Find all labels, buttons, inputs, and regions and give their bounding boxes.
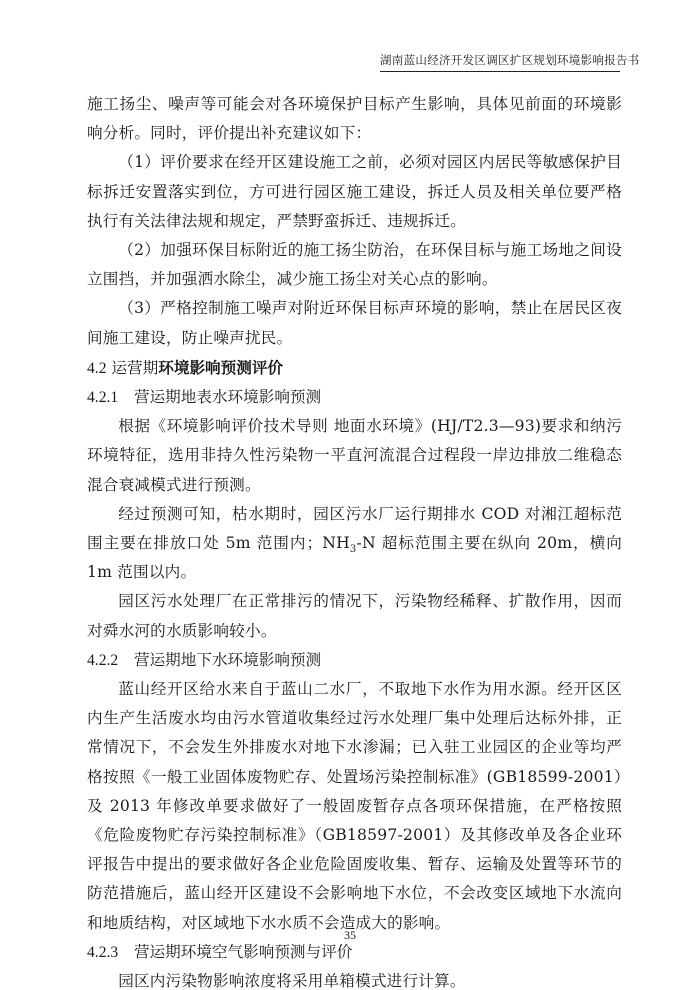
section-title: 营运期地下水环境影响预测 bbox=[134, 651, 321, 669]
section-heading-4-2-2: 4.2.2 营运期地下水环境影响预测 bbox=[87, 646, 622, 675]
document-header: 湖南蓝山经济开发区调区扩区规划环境影响报告书 bbox=[380, 52, 620, 72]
section-number: 4.2.2 bbox=[87, 646, 129, 675]
groundwater-paragraph: 蓝山经开区给水来自于蓝山二水厂，不取地下水作为用水源。经开区区内生产生活废水均由… bbox=[87, 675, 622, 938]
section-title-bold: 环境影响预测评价 bbox=[158, 358, 283, 377]
surface-water-conclusion-paragraph: 园区污水处理厂在正常排污的情况下，污染物经稀释、扩散作用，因而对舜水河的水质影响… bbox=[87, 587, 622, 645]
intro-paragraph: 施工扬尘、噪声等可能会对各环境保护目标产生影响，具体见前面的环境影响分析。同时，… bbox=[87, 90, 622, 148]
surface-water-prediction-paragraph: 经过预测可知，枯水期时，园区污水厂运行期排水 COD 对湘江超标范围主要在排放口… bbox=[87, 500, 622, 588]
document-body: 施工扬尘、噪声等可能会对各环境保护目标产生影响，具体见前面的环境影响分析。同时，… bbox=[87, 90, 622, 990]
section-heading-4-2: 4.2 运营期环境影响预测评价 bbox=[87, 353, 622, 383]
section-title: 营运期地表水环境影响预测 bbox=[134, 388, 321, 406]
suggestion-2: （2）加强环保目标附近的施工扬尘防治，在环保目标与施工场地之间设立围挡，并加强洒… bbox=[87, 236, 622, 294]
air-paragraph: 园区内污染物影响浓度将采用单箱模式进行计算。 bbox=[87, 967, 622, 990]
section-heading-4-2-1: 4.2.1 营运期地表水环境影响预测 bbox=[87, 383, 622, 412]
suggestion-3: （3）严格控制施工噪声对附近环保目标声环境的影响，禁止在居民区夜间施工建设，防止… bbox=[87, 294, 622, 352]
section-number: 4.2 bbox=[87, 360, 107, 377]
section-title-normal: 运营期 bbox=[111, 359, 158, 377]
page-number: 35 bbox=[0, 928, 700, 943]
section-number: 4.2.1 bbox=[87, 383, 129, 412]
section-title: 营运期环境空气影响预测与评价 bbox=[134, 943, 352, 961]
surface-water-method-paragraph: 根据《环境影响评价技术导则 地面水环境》(HJ/T2.3—93)要求和纳污环境特… bbox=[87, 412, 622, 500]
suggestion-1: （1）评价要求在经开区建设施工之前，必须对园区内居民等敏感保护目标拆迁安置落实到… bbox=[87, 148, 622, 236]
